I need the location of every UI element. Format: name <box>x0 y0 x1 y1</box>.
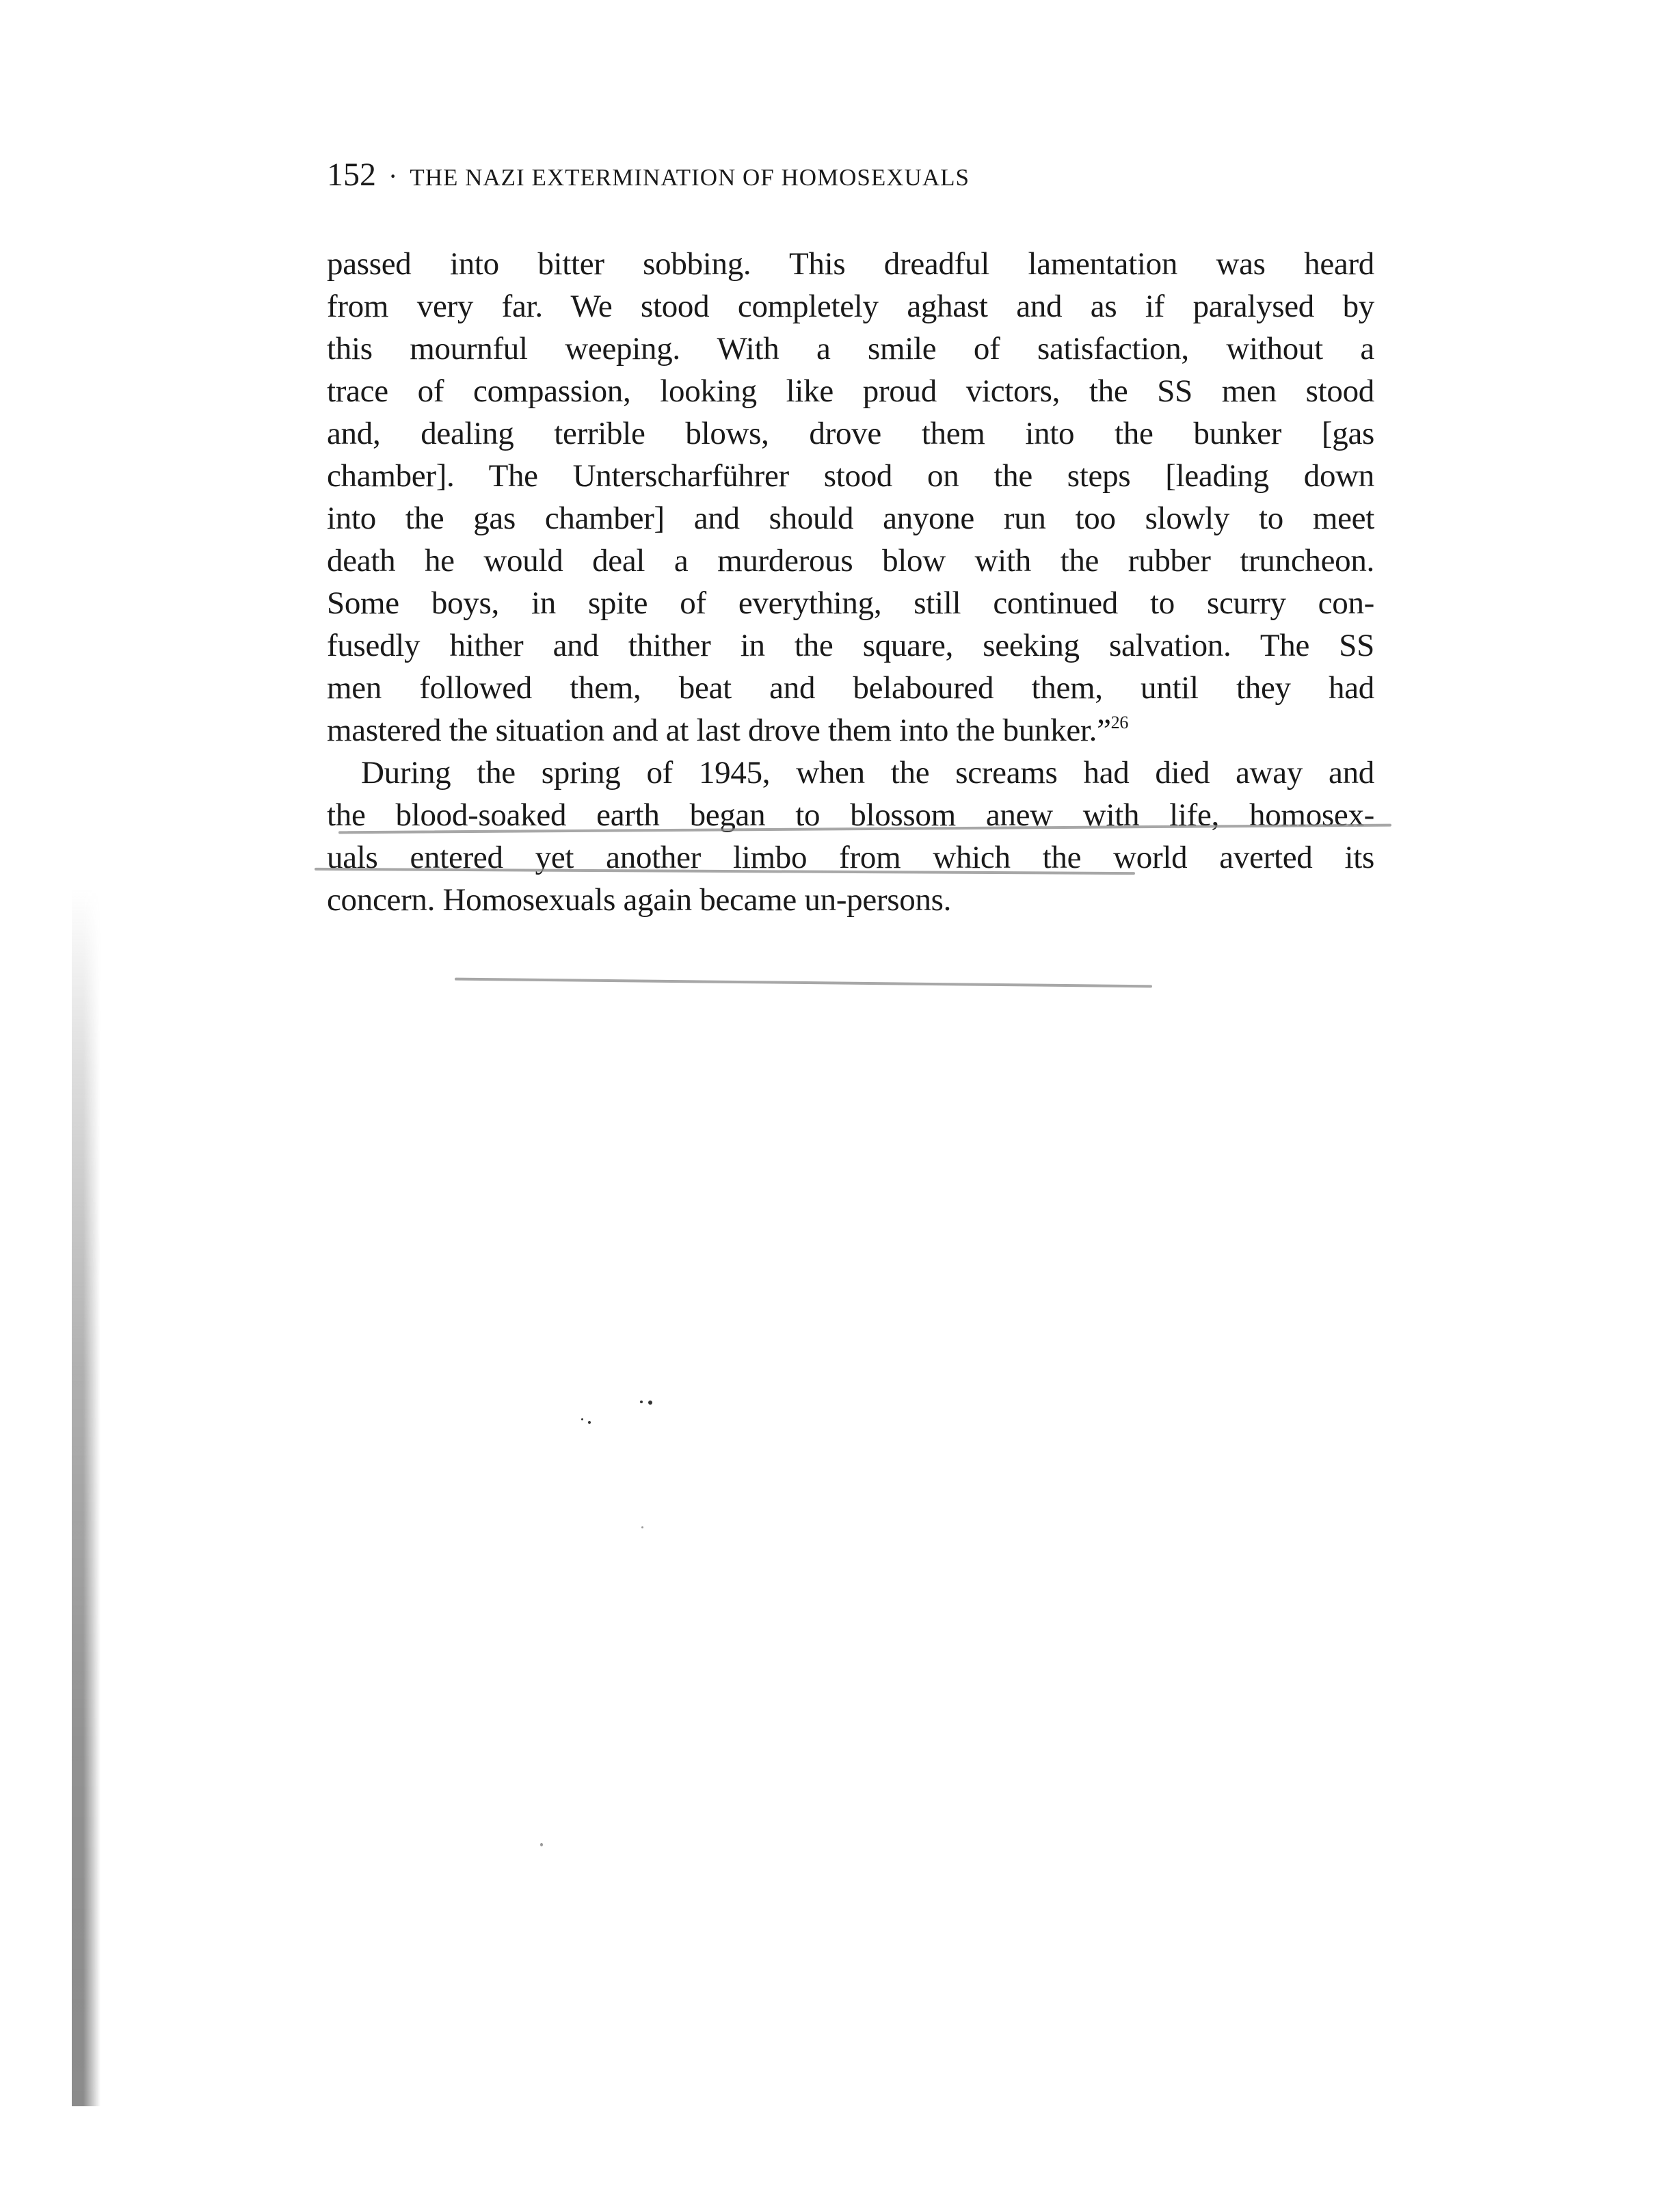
running-head: 152·THE NAZI EXTERMINATION OF HOMOSEXUAL… <box>327 156 970 197</box>
text-line: into the gas chamber] and should anyone … <box>327 497 1374 540</box>
footnote-reference: 26 <box>1111 713 1128 732</box>
text-line: chamber]. The Unterscharführer stood on … <box>327 455 1374 497</box>
body-text: passed into bitter sobbing. This dreadfu… <box>327 243 1374 921</box>
text-line: passed into bitter sobbing. This dreadfu… <box>327 243 1374 285</box>
text-line: men followed them, beat and belaboured t… <box>327 667 1374 709</box>
page-number: 152 <box>327 157 376 193</box>
text-line: During the spring of 1945, when the scre… <box>327 752 1374 794</box>
scan-speck <box>648 1401 652 1405</box>
text-line: mastered the situation and at last drove… <box>327 709 1374 752</box>
header-separator: · <box>388 161 397 191</box>
text-line: death he would deal a murderous blow wit… <box>327 540 1374 582</box>
text-line: concern. Homosexuals again became un-per… <box>327 879 1374 921</box>
scan-speck <box>540 1843 543 1846</box>
text-line: from very far. We stood completely aghas… <box>327 285 1374 328</box>
scan-edge-shadow <box>72 889 101 2106</box>
text-line: and, dealing terrible blows, drove them … <box>327 412 1374 455</box>
text-line: Some boys, in spite of everything, still… <box>327 582 1374 624</box>
text-line: fusedly hither and thither in the square… <box>327 624 1374 667</box>
closing-paragraph: During the spring of 1945, when the scre… <box>327 752 1374 921</box>
pencil-underline <box>455 978 1152 988</box>
quoted-paragraph: passed into bitter sobbing. This dreadfu… <box>327 243 1374 752</box>
scan-speck <box>641 1526 643 1528</box>
text-line: this mournful weeping. With a smile of s… <box>327 328 1374 370</box>
book-title: THE NAZI EXTERMINATION OF HOMOSEXUALS <box>410 164 970 191</box>
scan-speck <box>588 1421 591 1424</box>
text-line-content: mastered the situation and at last drove… <box>327 713 1111 748</box>
scan-speck <box>581 1418 583 1420</box>
text-line: trace of compassion, looking like proud … <box>327 370 1374 412</box>
scan-speck <box>640 1401 643 1403</box>
